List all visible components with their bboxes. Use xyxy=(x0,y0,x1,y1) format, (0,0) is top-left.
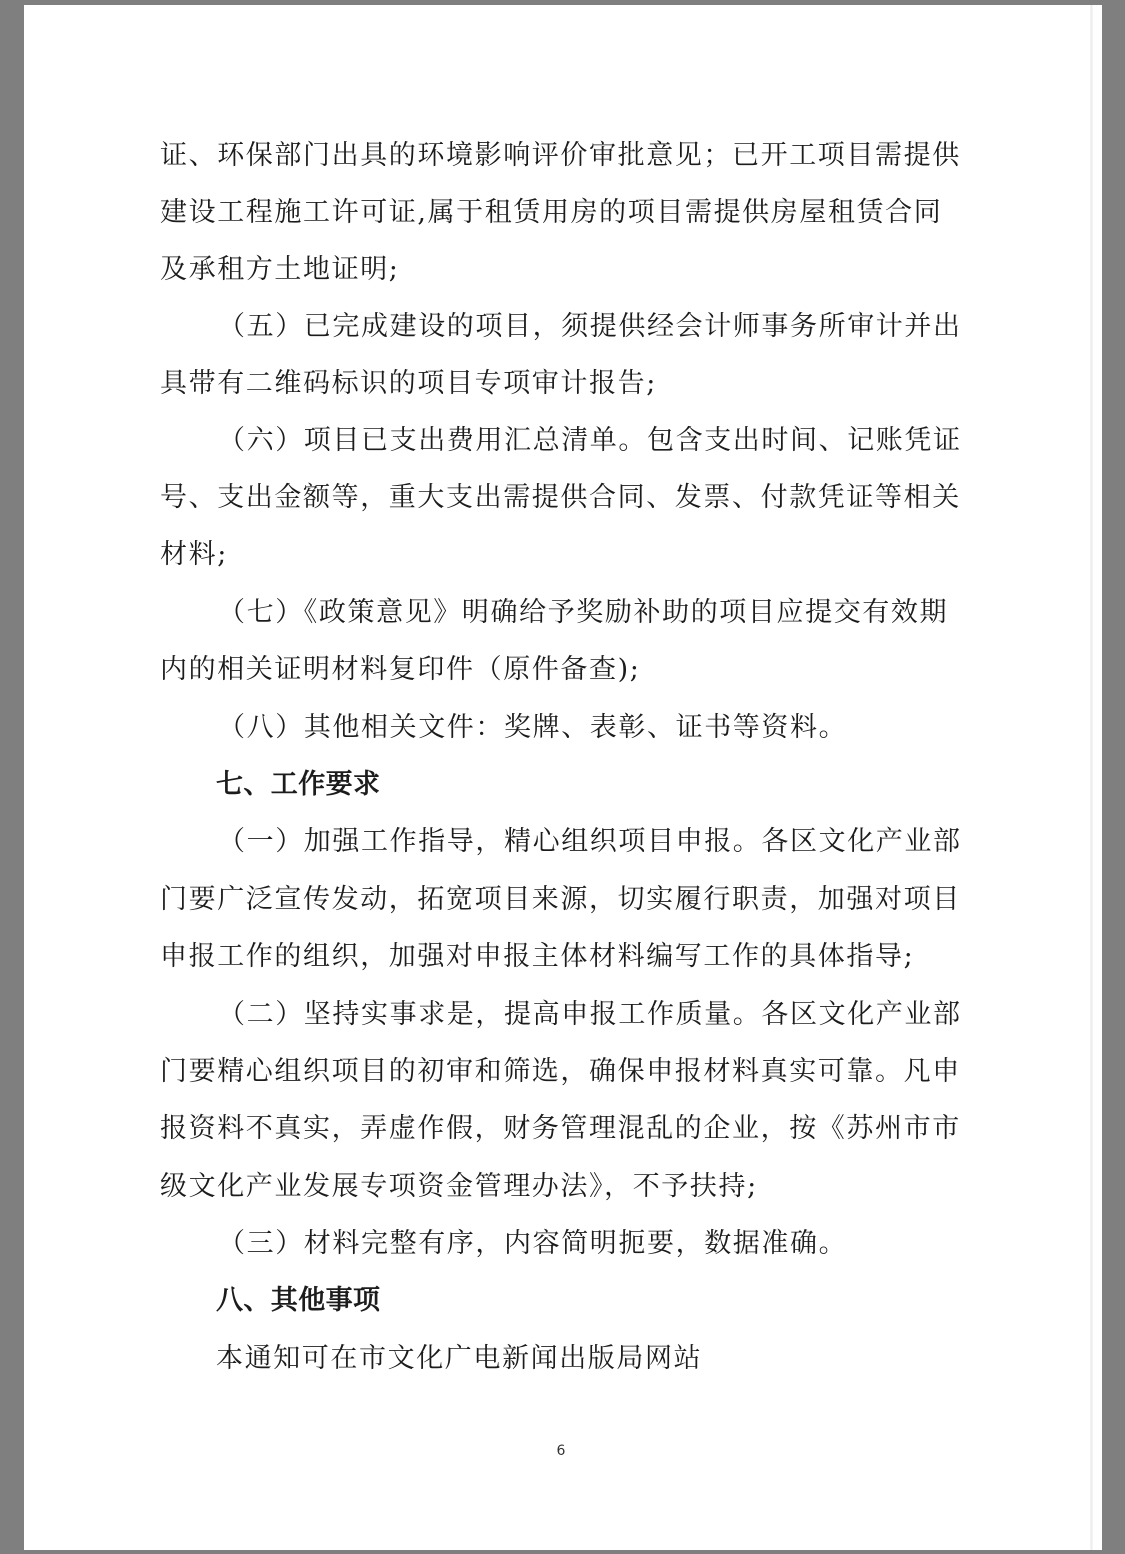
paragraph-requirement-2-line: （二）坚持实事求是，提高申报工作质量。各区文化产业部 xyxy=(218,995,962,1035)
paragraph-requirement-3-line: （三）材料完整有序，内容简明扼要，数据准确。 xyxy=(218,1224,847,1264)
paragraph-item-7-line: （七）《政策意见》明确给予奖励补助的项目应提交有效期 xyxy=(218,593,948,633)
paragraph-line: 内的相关证明材料复印件（原件备查); xyxy=(160,650,640,690)
page-edge-shadow xyxy=(1090,5,1093,1550)
paragraph-line: 具带有二维码标识的项目专项审计报告; xyxy=(160,364,657,404)
paragraph-line: 建设工程施工许可证,属于租赁用房的项目需提供房屋租赁合同 xyxy=(160,193,942,233)
paragraph-line: 级文化产业发展专项资金管理办法》，不予扶持; xyxy=(160,1167,758,1207)
paragraph-item-8-line: （八）其他相关文件：奖牌、表彰、证书等资料。 xyxy=(218,708,847,748)
paragraph-requirement-1-line: （一）加强工作指导，精心组织项目申报。各区文化产业部 xyxy=(218,822,962,862)
paragraph-line: 报资料不真实，弄虚作假，财务管理混乱的企业，按《苏州市市 xyxy=(160,1109,961,1149)
paragraph-line: 门要广泛宣传发动，拓宽项目来源，切实履行职责，加强对项目 xyxy=(160,880,961,920)
paragraph-item-6-line: （六）项目已支出费用汇总清单。包含支出时间、记账凭证 xyxy=(218,421,962,461)
paragraph-line: 门要精心组织项目的初审和筛选，确保申报材料真实可靠。凡申 xyxy=(160,1052,961,1092)
section-heading-work-requirements: 七、工作要求 xyxy=(216,765,380,805)
paragraph-line: 材料; xyxy=(160,535,228,575)
paragraph-line: 号、支出金额等，重大支出需提供合同、发票、付款凭证等相关 xyxy=(160,478,961,518)
paragraph-line: 申报工作的组织，加强对申报主体材料编写工作的具体指导; xyxy=(160,937,914,977)
paragraph-notice-line: 本通知可在市文化广电新闻出版局网站 xyxy=(216,1339,702,1379)
paragraph-line: 及承租方土地证明; xyxy=(160,250,400,290)
paragraph-item-5-line: （五）已完成建设的项目，须提供经会计师事务所审计并出 xyxy=(218,307,962,347)
document-viewer[interactable]: 证、环保部门出具的环境影响评价审批意见；已开工项目需提供 建设工程施工许可证,属… xyxy=(0,0,1125,1554)
paragraph-line: 证、环保部门出具的环境影响评价审批意见；已开工项目需提供 xyxy=(160,136,961,176)
document-page: 证、环保部门出具的环境影响评价审批意见；已开工项目需提供 建设工程施工许可证,属… xyxy=(24,5,1102,1550)
page-number: 6 xyxy=(551,1443,571,1459)
section-heading-other-matters: 八、其他事项 xyxy=(216,1281,380,1321)
